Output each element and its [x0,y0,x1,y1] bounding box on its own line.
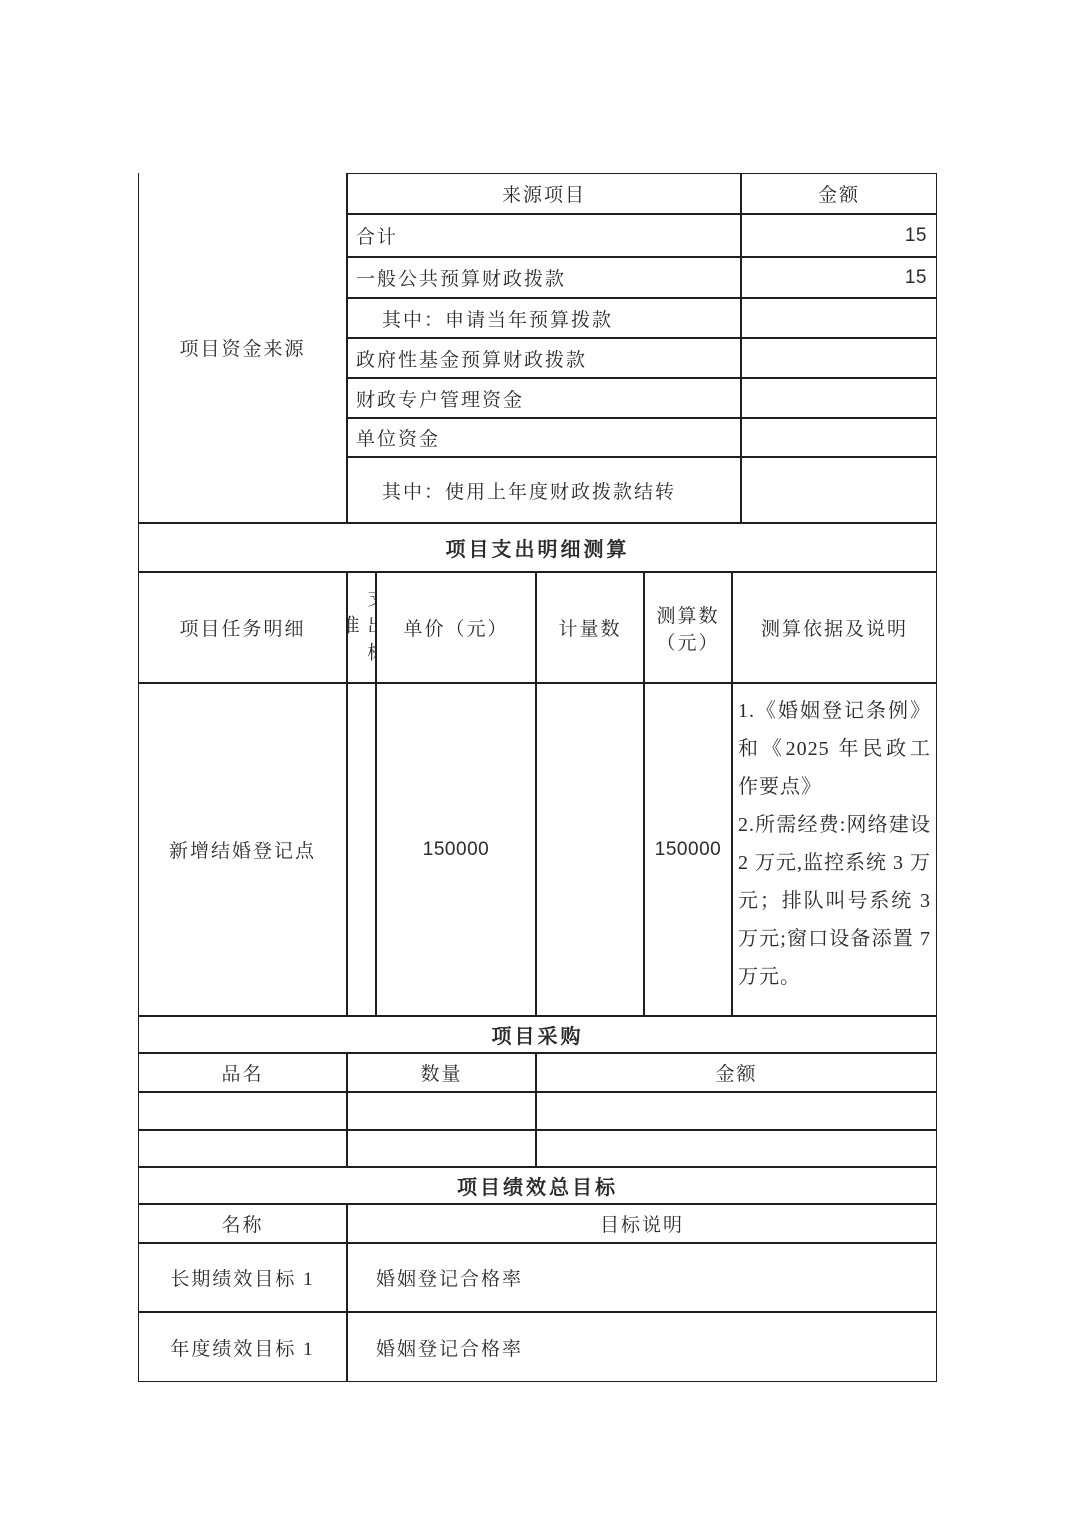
performance-longterm-goal-name: 长期绩效目标 1 [138,1243,347,1312]
expense-col-quantity-header: 计量数 [536,572,644,683]
funding-label-unit-funds: 单位资金 [347,418,741,457]
procurement-row1-amount [536,1092,937,1130]
performance-col-description-header: 目标说明 [347,1204,937,1243]
expense-estimate-cell: 150000 [644,683,732,1016]
expense-task-cell: 新增结婚登记点 [138,683,347,1016]
funding-label-current-year-request: 其中：申请当年预算拨款 [347,298,741,338]
expense-basis-cell: 1.《婚姻登记条例》和《2025 年民政工作要点》 2.所需经费:网络建设 2 … [732,683,937,1016]
performance-section-title: 项目绩效总目标 [138,1167,937,1204]
expense-standard-cell [347,683,376,1016]
funding-amount-column-header: 金额 [741,173,937,214]
expense-col-unit-price-header: 单价（元） [376,572,536,683]
procurement-section-title: 项目采购 [138,1016,937,1053]
performance-longterm-goal-description: 婚姻登记合格率 [347,1243,937,1312]
procurement-row1-qty [347,1092,536,1130]
expense-basis-paragraph-1: 1.《婚姻登记条例》和《2025 年民政工作要点》 [738,692,931,806]
funding-amount-fiscal-account [741,378,937,418]
procurement-col-amount-header: 金额 [536,1053,937,1092]
document-page: 项目资金来源 来源项目 金额 合计 15 一般公共预算财政拨款 15 其中：申请… [0,0,1074,1520]
funding-label-total: 合计 [347,214,741,257]
funding-amount-total: 15 [741,214,937,257]
expense-col-task-header: 项目任务明细 [138,572,347,683]
funding-amount-current-year-request [741,298,937,338]
funding-source-column-header: 来源项目 [347,173,741,214]
expense-unit-price-cell: 150000 [376,683,536,1016]
procurement-col-qty-header: 数量 [347,1053,536,1092]
funding-label-carryover: 其中：使用上年度财政拨款结转 [347,457,741,523]
procurement-row2-qty [347,1130,536,1167]
funding-label-general-budget: 一般公共预算财政拨款 [347,257,741,298]
funding-label-fiscal-account: 财政专户管理资金 [347,378,741,418]
funding-amount-unit-funds [741,418,937,457]
funding-row-header-cell: 项目资金来源 [138,173,347,523]
expense-section-title: 项目支出明细测算 [138,523,937,572]
performance-annual-goal-name: 年度绩效目标 1 [138,1312,347,1382]
procurement-row2-name [138,1130,347,1167]
funding-amount-gov-fund [741,338,937,378]
expense-col-estimate-header: 测算数 （元） [644,572,732,683]
procurement-col-name-header: 品名 [138,1053,347,1092]
funding-amount-carryover [741,457,937,523]
expense-quantity-cell [536,683,644,1016]
procurement-row2-amount [536,1130,937,1167]
procurement-row1-name [138,1092,347,1130]
performance-col-name-header: 名称 [138,1204,347,1243]
funding-amount-general-budget: 15 [741,257,937,298]
expense-basis-paragraph-2: 2.所需经费:网络建设 2 万元,监控系统 3 万元；排队叫号系统 3 万元;窗… [738,806,931,996]
expense-col-standard-header: 支出标准 [347,572,376,683]
expense-col-basis-header: 测算依据及说明 [732,572,937,683]
funding-label-gov-fund: 政府性基金预算财政拨款 [347,338,741,378]
performance-annual-goal-description: 婚姻登记合格率 [347,1312,937,1382]
